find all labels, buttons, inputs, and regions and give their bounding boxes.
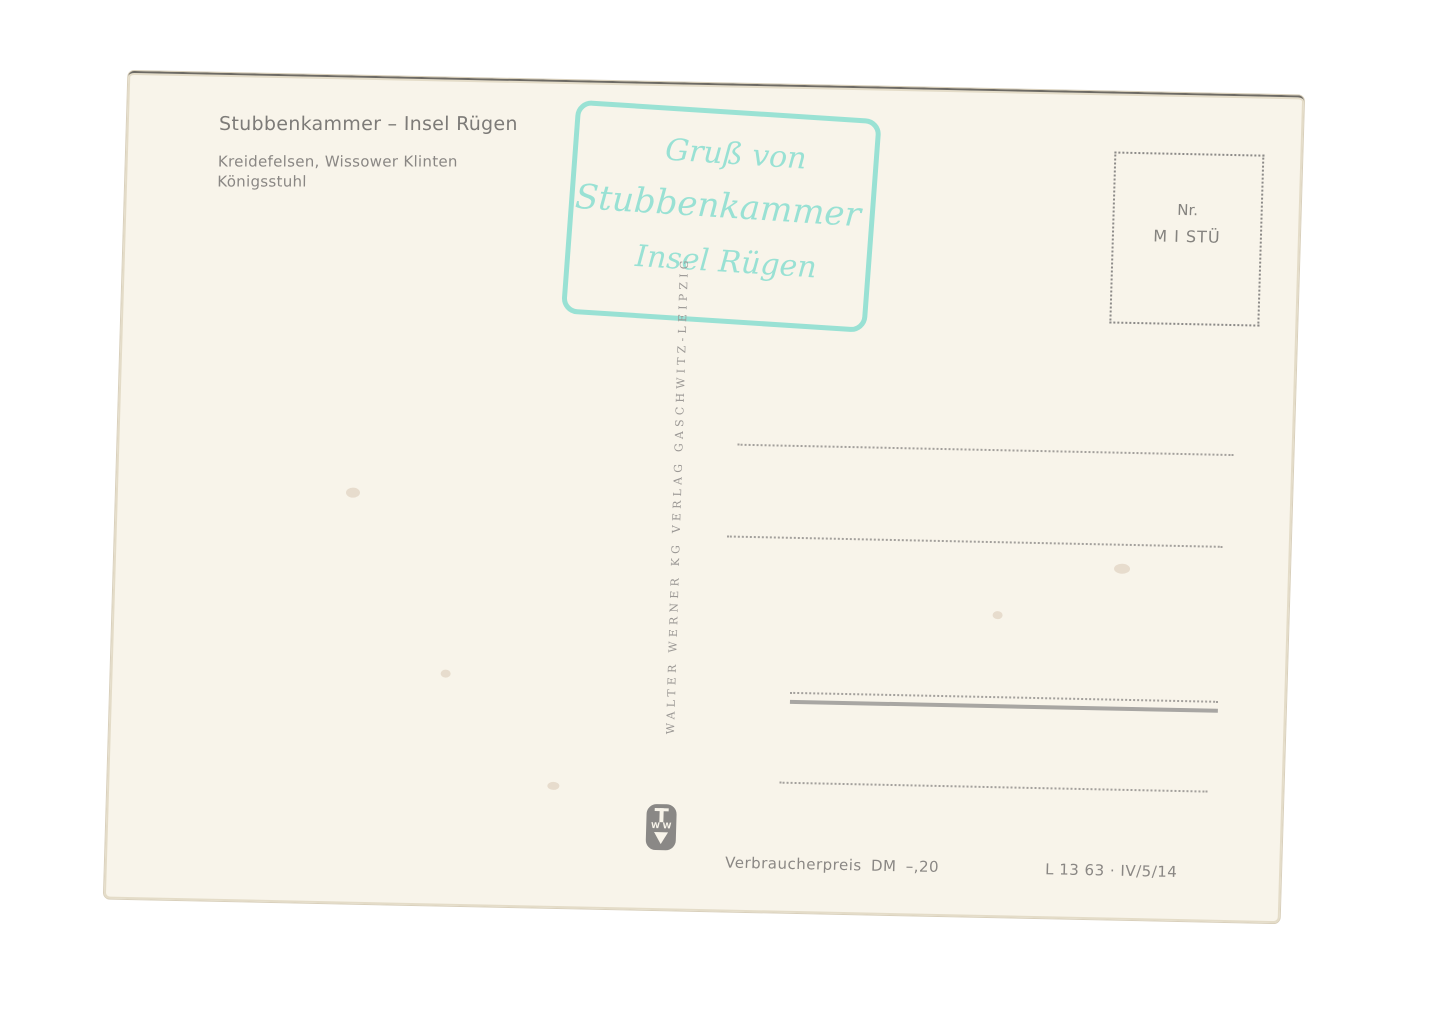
www-publisher-logo-icon: W W: [646, 804, 677, 851]
address-line-1: [738, 444, 1234, 456]
caption-line-1: Kreidefelsen, Wissower Klinten: [218, 153, 458, 171]
logo-text: W W: [646, 822, 676, 831]
number-label: Nr.: [1114, 200, 1261, 221]
stain: [346, 488, 360, 498]
publisher-imprint: WALTER WERNER KG VERLAG GASCHWITZ-LEIPZI…: [664, 256, 691, 734]
print-reference: L 13 63 · IV/5/14: [1045, 860, 1178, 881]
stain: [1114, 564, 1130, 574]
stamp-line-1: Gruß von: [587, 128, 885, 182]
caption-title: Stubbenkammer – Insel Rügen: [219, 113, 518, 135]
stain: [992, 611, 1002, 619]
stamp-line-3: Insel Rügen: [577, 235, 875, 289]
stain: [547, 782, 559, 790]
consumer-price: Verbraucherpreis DM –,20: [725, 854, 939, 876]
address-underline-solid: [790, 700, 1218, 713]
caption-line-2: Königsstuhl: [217, 173, 307, 191]
postcard-back: Stubbenkammer – Insel Rügen Kreidefelsen…: [104, 71, 1304, 923]
stamp-placement-box: Nr. M I STÜ: [1109, 152, 1264, 327]
stain: [441, 670, 451, 678]
stamp-line-2: Stubbenkammer: [569, 177, 867, 236]
card-code: M I STÜ: [1114, 226, 1261, 248]
address-line-2: [727, 535, 1223, 547]
greeting-stamp: Gruß von Stubbenkammer Insel Rügen: [561, 100, 882, 333]
address-line-4: [780, 782, 1208, 793]
